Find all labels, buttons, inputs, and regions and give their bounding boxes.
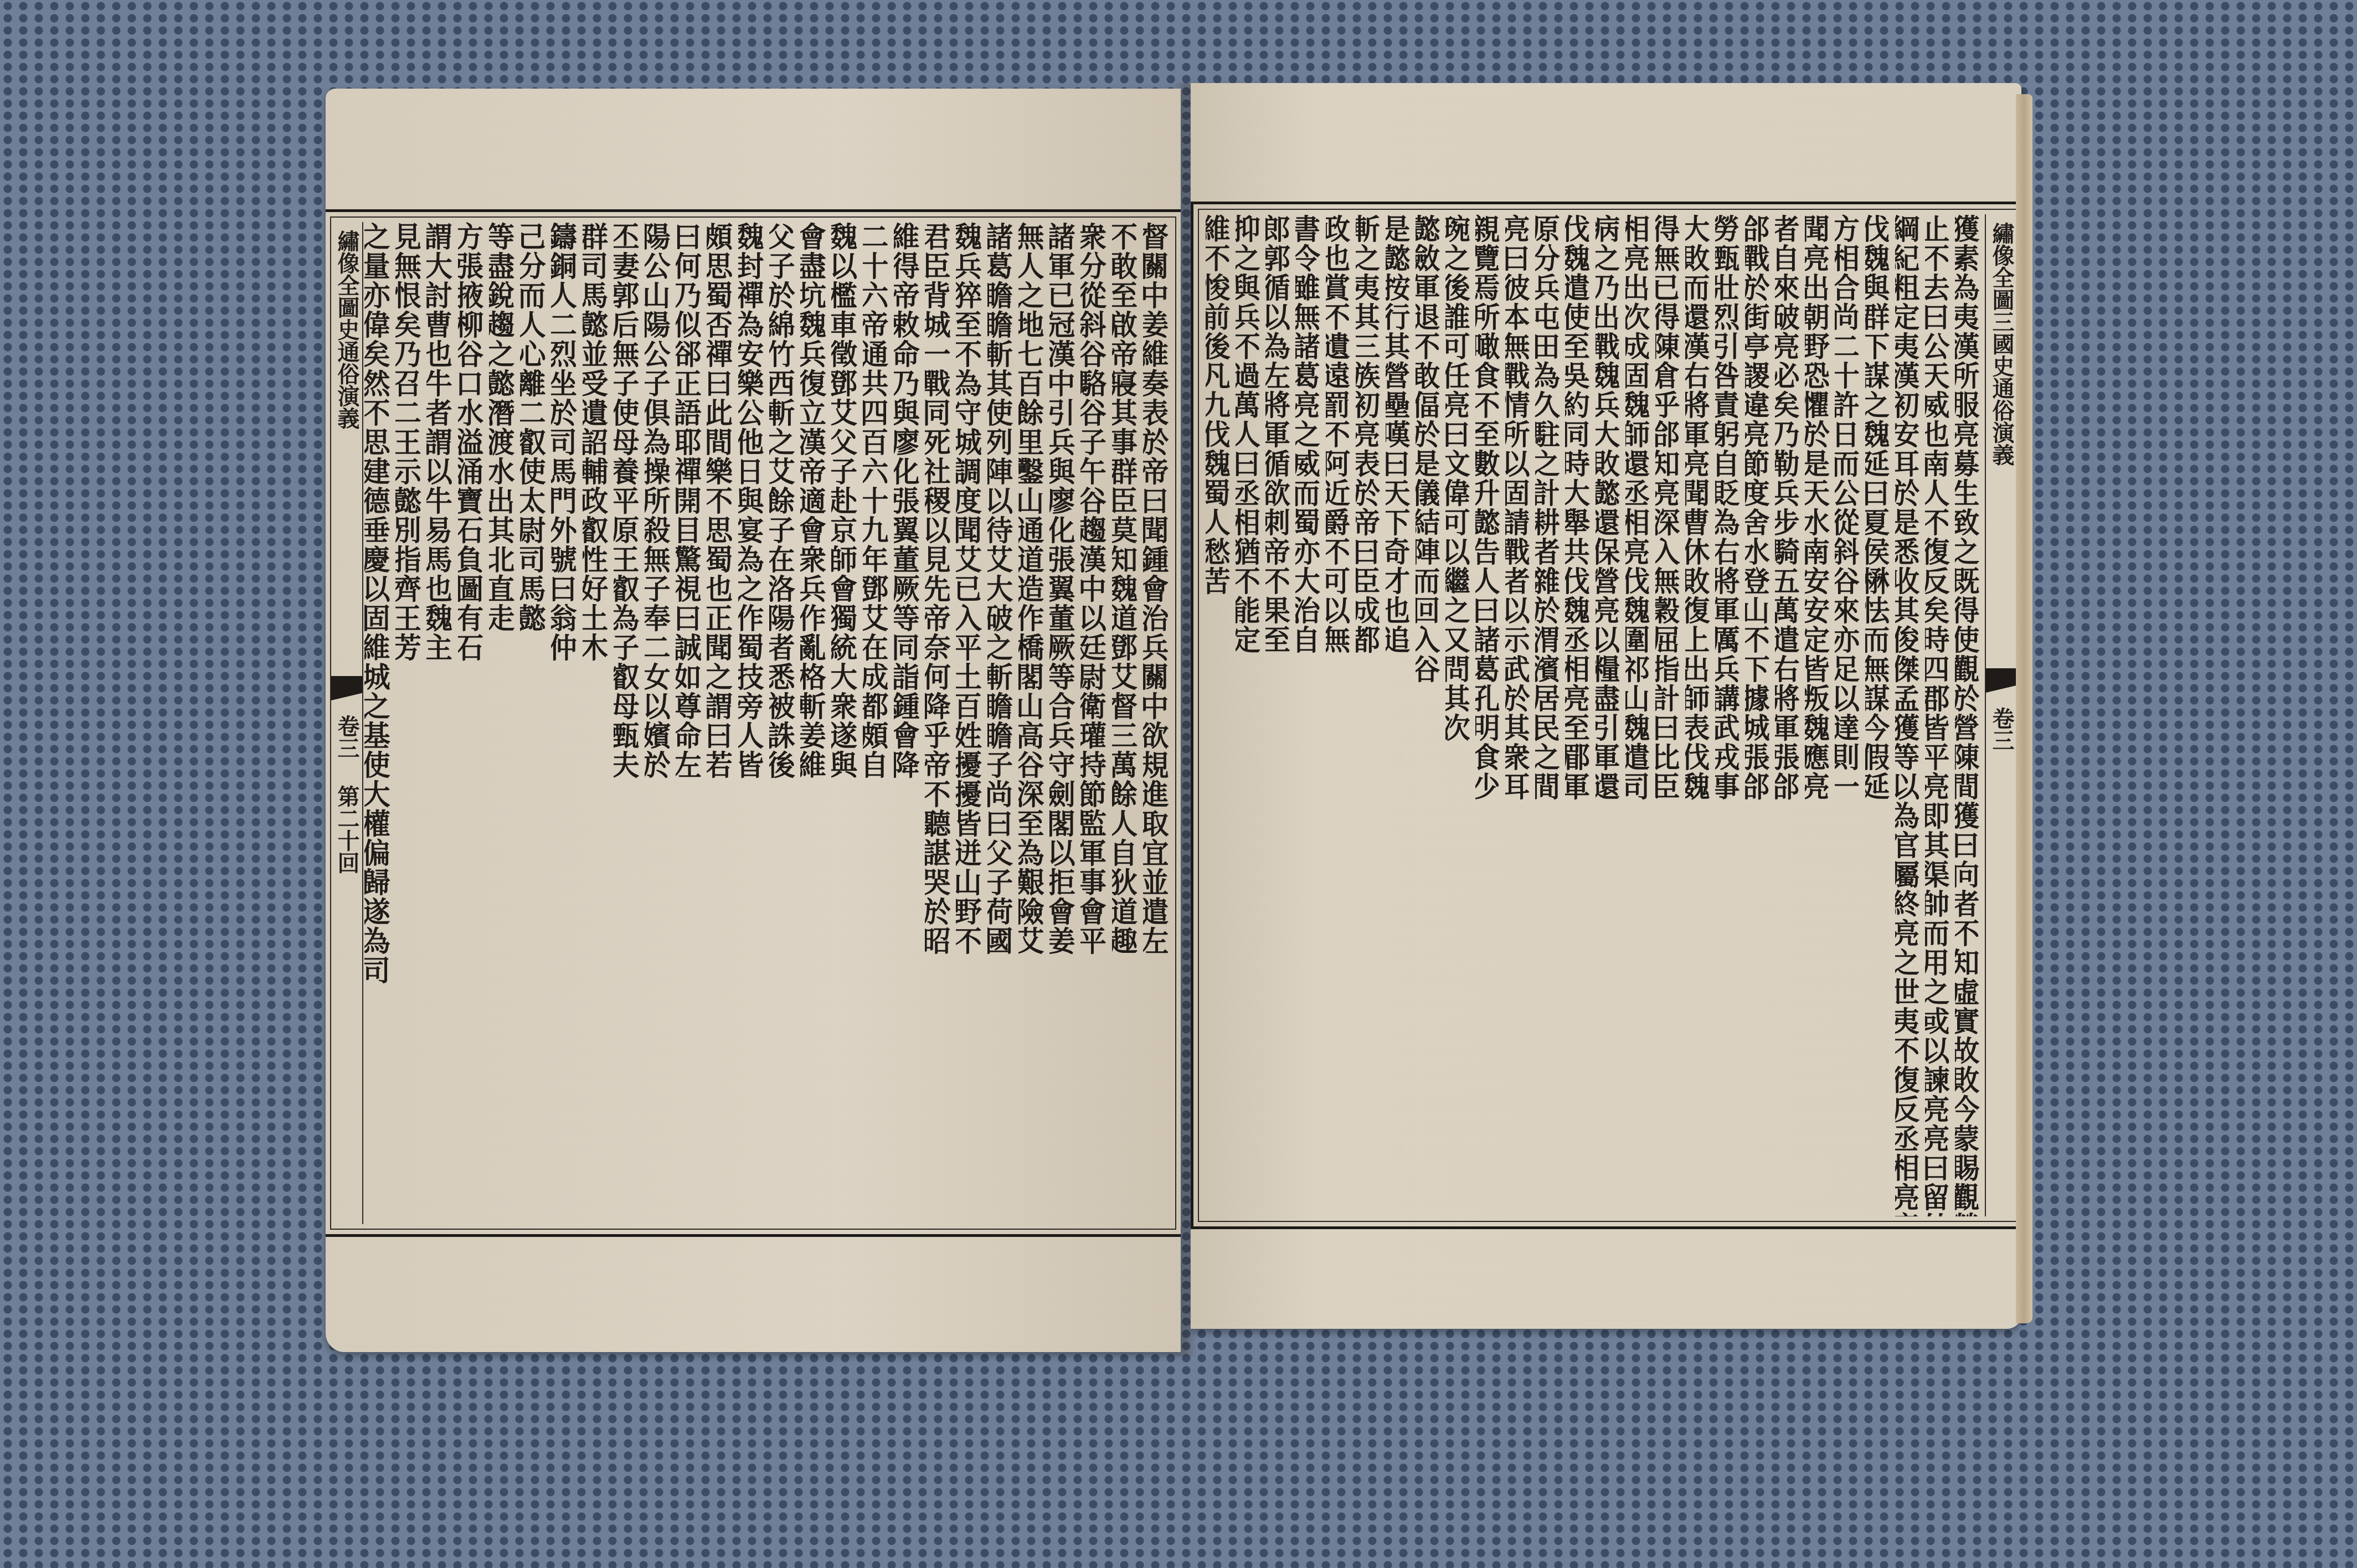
text-column: 不敢至啟帝寢其事群臣莫知魏道鄧艾督三萬餘人自狄道趣 <box>1112 222 1143 1224</box>
text-column: 原分兵屯田為久駐之計耕者雜於渭濱居民之間 <box>1535 214 1565 1216</box>
text-column: 之量亦偉矣然不思建德垂慶以固維城之基使大權偏歸遂為司 <box>364 222 395 1224</box>
text-column: 魏兵猝至不為守城調度聞艾已入平土百姓擾擾皆迸山野不 <box>956 222 987 1224</box>
text-column: 見無恨矣乃召二王示懿別指齊王芳 <box>395 222 426 1224</box>
text-column: 聞亮出朝野恐懼於是天水南安安定皆叛魏應亮 <box>1805 214 1835 1216</box>
text-column: 會盡坑魏兵復立漢帝適會衆兵作亂格斬姜維 <box>800 222 831 1224</box>
right-page-margin-column: 繡像全圖三國史通俗演義 卷三 <box>1985 214 2018 1216</box>
text-column: 政也賞不遺遠罰不阿近爵不可以無 <box>1326 214 1356 1216</box>
text-column: 斬之夷其三族初亮表於帝曰臣成都 <box>1356 214 1386 1216</box>
text-column: 等盡銳趨之懿潛渡水出其北直走 <box>489 222 520 1224</box>
text-column: 者自來破亮必矣乃勒兵步騎五萬遣右將軍張郃 <box>1775 214 1805 1216</box>
text-column: 鑄銅人二烈坐於司馬門外號曰翁仲 <box>551 222 582 1224</box>
text-column: 病之乃出戰魏兵大敗懿還保營亮以糧盡引軍還 <box>1596 214 1625 1216</box>
right-page-volume: 卷三 <box>1986 707 2017 751</box>
text-column: 書令雖無諸葛亮之威而蜀亦大治自 <box>1295 214 1325 1216</box>
text-column: 得無已得陳倉乎郃知亮深入無穀屈指計曰比臣 <box>1655 214 1685 1216</box>
text-column: 維不悛前後凡九伐魏蜀人愁苦 <box>1206 214 1236 1216</box>
text-column: 謂大討曹也牛者謂以牛易馬也魏主 <box>426 222 457 1224</box>
left-page-book-title: 繡像全圖史通俗演義 <box>331 230 362 429</box>
text-column: 魏封禪為安樂公他日與宴為之作蜀技旁人皆 <box>738 222 769 1224</box>
text-column: 相亮出次成固魏師還丞相亮伐魏圍祁山魏遣司 <box>1625 214 1655 1216</box>
text-column: 君臣背城一戰同死社稷以見先帝奈何降乎帝不聽諶哭於昭 <box>925 222 956 1224</box>
text-column: 陽公山陽公子俱為操所殺無子奉二女以嬪於 <box>645 222 676 1224</box>
text-column: 維得帝敕命乃與廖化張翼董厥等同詣鍾會降 <box>894 222 925 1224</box>
text-column: 伐魏與群下謀之魏延曰夏侯楙怯而無謀今假延 <box>1865 214 1895 1216</box>
text-column: 懿斂軍退不敢偪於是儀結陣而回入谷 <box>1416 214 1445 1216</box>
text-column: 是懿按行其營壘嘆曰天下奇才也追 <box>1386 214 1416 1216</box>
text-column: 群司馬懿並受遺詔輔政叡性好土木 <box>583 222 614 1224</box>
text-column: 無人之地七百餘里鑿山通道造作橋閣山高谷深至為艱險艾 <box>1018 222 1049 1224</box>
left-page-margin-column: 繡像全圖史通俗演義 卷三 第二十回 <box>330 222 363 1224</box>
left-page-text-columns: 督關中姜維奏表於帝曰聞鍾會治兵關中欲規進取宜並遣左不敢至啟帝寢其事群臣莫知魏道鄧… <box>364 222 1174 1224</box>
text-column: 伐魏遣使至吳約同時大舉共伐魏丞相亮至郿軍 <box>1565 214 1595 1216</box>
text-column: 丕妻郭后無子使母養平原王叡為子叡母甄夫 <box>614 222 645 1224</box>
right-page-text-frame: 繡像全圖三國史通俗演義 卷三 獲素為夷漢所服亮募生致之既得使觀於營陳間獲曰向者不… <box>1191 202 2021 1229</box>
text-column: 方張掖柳谷口水溢涌寶石負圖有石 <box>458 222 489 1224</box>
text-column: 勞甄壯烈引咎責躬自貶為右將軍厲兵講武戎事 <box>1715 214 1745 1216</box>
right-page: 繡像全圖三國史通俗演義 卷三 獲素為夷漢所服亮募生致之既得使觀於營陳間獲曰向者不… <box>1191 83 2021 1329</box>
text-column: 抑之與兵不過萬人曰丞相猶不能定 <box>1236 214 1265 1216</box>
left-page-text-frame: 繡像全圖史通俗演義 卷三 第二十回 督關中姜維奏表於帝曰聞鍾會治兵關中欲規進取宜… <box>326 209 1181 1237</box>
text-column: 止不去曰公天威也南人不復反矣時四郡皆平亮即其渠帥而用之或以諫亮亮曰留外人則當留兵 <box>1925 214 1955 1216</box>
left-page: 繡像全圖史通俗演義 卷三 第二十回 督關中姜維奏表於帝曰聞鍾會治兵關中欲規進取宜… <box>326 89 1181 1352</box>
right-page-text-columns: 獲素為夷漢所服亮募生致之既得使觀於營陳間獲曰向者不知虛實故敗今蒙賜觀營陳若祇如此… <box>1206 214 1985 1216</box>
text-column: 諸軍已冠漢中引兵與廖化張翼董厥等合兵守劍閣以拒會姜 <box>1049 222 1080 1224</box>
text-column: 親覽焉所噉食不至數升懿告人曰諸葛孔明食少 <box>1475 214 1505 1216</box>
text-column: 衆分從斜谷駱谷子午谷趨漢中以廷尉衛瓘持節監軍事會平 <box>1080 222 1111 1224</box>
text-column: 獲素為夷漢所服亮募生致之既得使觀於營陳間獲曰向者不知虛實故敗今蒙賜觀營陳若祇如此… <box>1955 214 1985 1216</box>
text-column: 郎郭循以為左將軍循欲刺帝不果至 <box>1265 214 1295 1216</box>
fish-tail-ornament-icon <box>1986 668 2017 693</box>
page-stack-edge <box>2016 94 2032 1323</box>
text-column: 大敗而還漢右將軍亮聞曹休敗復上出師表伐魏 <box>1685 214 1715 1216</box>
fish-tail-ornament-icon <box>331 676 362 700</box>
text-column: 亮曰彼本無戰情所以固請戰者以示武於其衆耳 <box>1505 214 1535 1216</box>
text-column: 父子於綿竹西斬之艾餘子在洛陽者悉被誅後 <box>769 222 800 1224</box>
text-column: 方相合尚二十許日而公從斜谷來亦足以達則一 <box>1835 214 1865 1216</box>
text-column: 曰何乃似郤正語耶禪開目驚視曰誠如尊命左 <box>676 222 707 1224</box>
left-page-volume-chapter: 卷三 第二十回 <box>331 715 362 874</box>
text-column: 頗思蜀否禪曰此間樂不思蜀也正聞之謂曰若 <box>707 222 738 1224</box>
right-page-book-title: 繡像全圖三國史通俗演義 <box>1986 222 2017 466</box>
text-column: 己分而人心離二叡使太尉司馬懿 <box>520 222 551 1224</box>
text-column: 綱紀粗定夷漢初安耳於是悉收其俊傑孟獲等以為官屬終亮之世夷不復反丞相亮率軍屯漢中 <box>1895 214 1925 1216</box>
text-column: 諸葛瞻瞻斬其使列陣以待艾大破之斬瞻瞻子尚曰父子荷國 <box>987 222 1018 1224</box>
text-column: 郃戰於街亭謖違亮節度舍水登山不下據城張郃 <box>1745 214 1775 1216</box>
text-column: 督關中姜維奏表於帝曰聞鍾會治兵關中欲規進取宜並遣左 <box>1143 222 1174 1224</box>
text-column: 琬之後誰可任亮曰文偉可以繼之又問其次 <box>1445 214 1475 1216</box>
text-column: 二十六帝通共四百六十九年鄧艾在成都頗自 <box>863 222 894 1224</box>
open-book: 繡像全圖史通俗演義 卷三 第二十回 督關中姜維奏表於帝曰聞鍾會治兵關中欲規進取宜… <box>0 0 2357 1568</box>
text-column: 魏以檻車徵鄧艾父子赴京師會獨統大衆遂與 <box>831 222 862 1224</box>
